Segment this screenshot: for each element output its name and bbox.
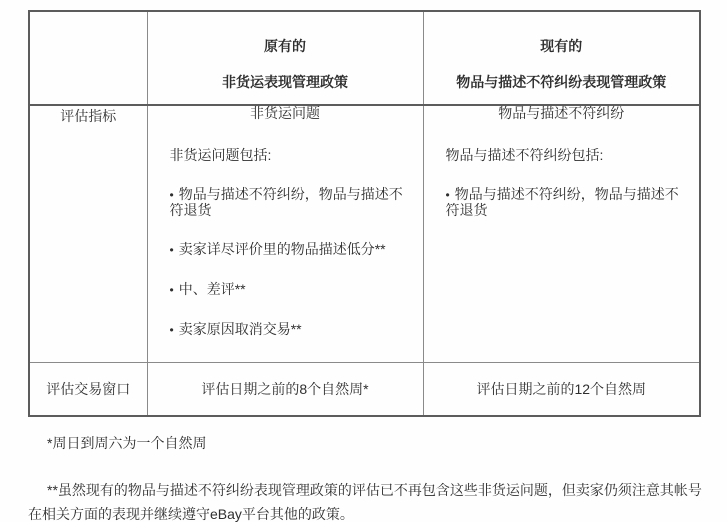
list-item: •卖家详尽评价里的物品描述低分** <box>170 242 415 258</box>
footnote-1: *周日到周六为一个自然周 <box>28 436 712 451</box>
header-old-policy-cell: 原有的 非货运表现管理政策 <box>147 11 423 105</box>
footnotes: *周日到周六为一个自然周 **虽然现有的物品与描述不符纠纷表现管理政策的评估已不… <box>28 436 712 522</box>
bullet-icon: • <box>170 243 174 257</box>
window-new-policy-cell: 评估日期之前的12个自然周 <box>423 363 700 416</box>
evaluation-window-row: 评估交易窗口 评估日期之前的8个自然周* 评估日期之前的12个自然周 <box>29 363 700 416</box>
old-policy-title-line2: 非货运表现管理政策 <box>148 75 423 90</box>
list-item: •物品与描述不符纠纷，物品与描述不符退货 <box>170 187 415 218</box>
list-item-text: 卖家详尽评价里的物品描述低分** <box>179 241 386 257</box>
header-new-policy-cell: 现有的 物品与描述不符纠纷表现管理政策 <box>423 11 700 105</box>
footnote-2: **虽然现有的物品与描述不符纠纷表现管理政策的评估已不再包含这些非货运问题，但卖… <box>28 478 712 522</box>
list-item: •卖家原因取消交易** <box>170 322 415 338</box>
list-item-text: 中、差评** <box>179 281 246 297</box>
window-row-label: 评估交易窗口 <box>29 363 147 416</box>
metrics-row-label: 评估指标 <box>29 105 147 363</box>
header-empty-cell <box>29 11 147 105</box>
metrics-new-policy-cell: 物品与描述不符纠纷 物品与描述不符纠纷包括: •物品与描述不符纠纷，物品与描述不… <box>423 105 700 363</box>
metrics-new-title: 物品与描述不符纠纷 <box>424 106 700 121</box>
new-policy-title-line1: 现有的 <box>424 39 700 54</box>
metrics-old-policy-cell: 非货运问题 非货运问题包括: •物品与描述不符纠纷，物品与描述不符退货 •卖家详… <box>147 105 423 363</box>
new-policy-title-line2: 物品与描述不符纠纷表现管理政策 <box>424 75 700 90</box>
metrics-old-intro: 非货运问题包括: <box>170 148 415 163</box>
list-item-text: 物品与描述不符纠纷，物品与描述不符退货 <box>446 186 679 218</box>
bullet-icon: • <box>446 188 450 202</box>
document-page: 原有的 非货运表现管理政策 现有的 物品与描述不符纠纷表现管理政策 评估指标 非… <box>0 0 727 522</box>
list-item: •中、差评** <box>170 282 415 298</box>
metrics-new-intro: 物品与描述不符纠纷包括: <box>446 148 692 163</box>
window-old-policy-cell: 评估日期之前的8个自然周* <box>147 363 423 416</box>
list-item-text: 卖家原因取消交易** <box>179 321 302 337</box>
metrics-row: 评估指标 非货运问题 非货运问题包括: •物品与描述不符纠纷，物品与描述不符退货… <box>29 105 700 363</box>
table-header-row: 原有的 非货运表现管理政策 现有的 物品与描述不符纠纷表现管理政策 <box>29 11 700 105</box>
old-policy-title-line1: 原有的 <box>148 39 423 54</box>
policy-comparison-table: 原有的 非货运表现管理政策 现有的 物品与描述不符纠纷表现管理政策 评估指标 非… <box>28 10 701 417</box>
bullet-icon: • <box>170 188 174 202</box>
bullet-icon: • <box>170 283 174 297</box>
bullet-icon: • <box>170 323 174 337</box>
metrics-old-title: 非货运问题 <box>148 106 423 121</box>
list-item: •物品与描述不符纠纷，物品与描述不符退货 <box>446 187 692 218</box>
list-item-text: 物品与描述不符纠纷，物品与描述不符退货 <box>170 186 403 218</box>
